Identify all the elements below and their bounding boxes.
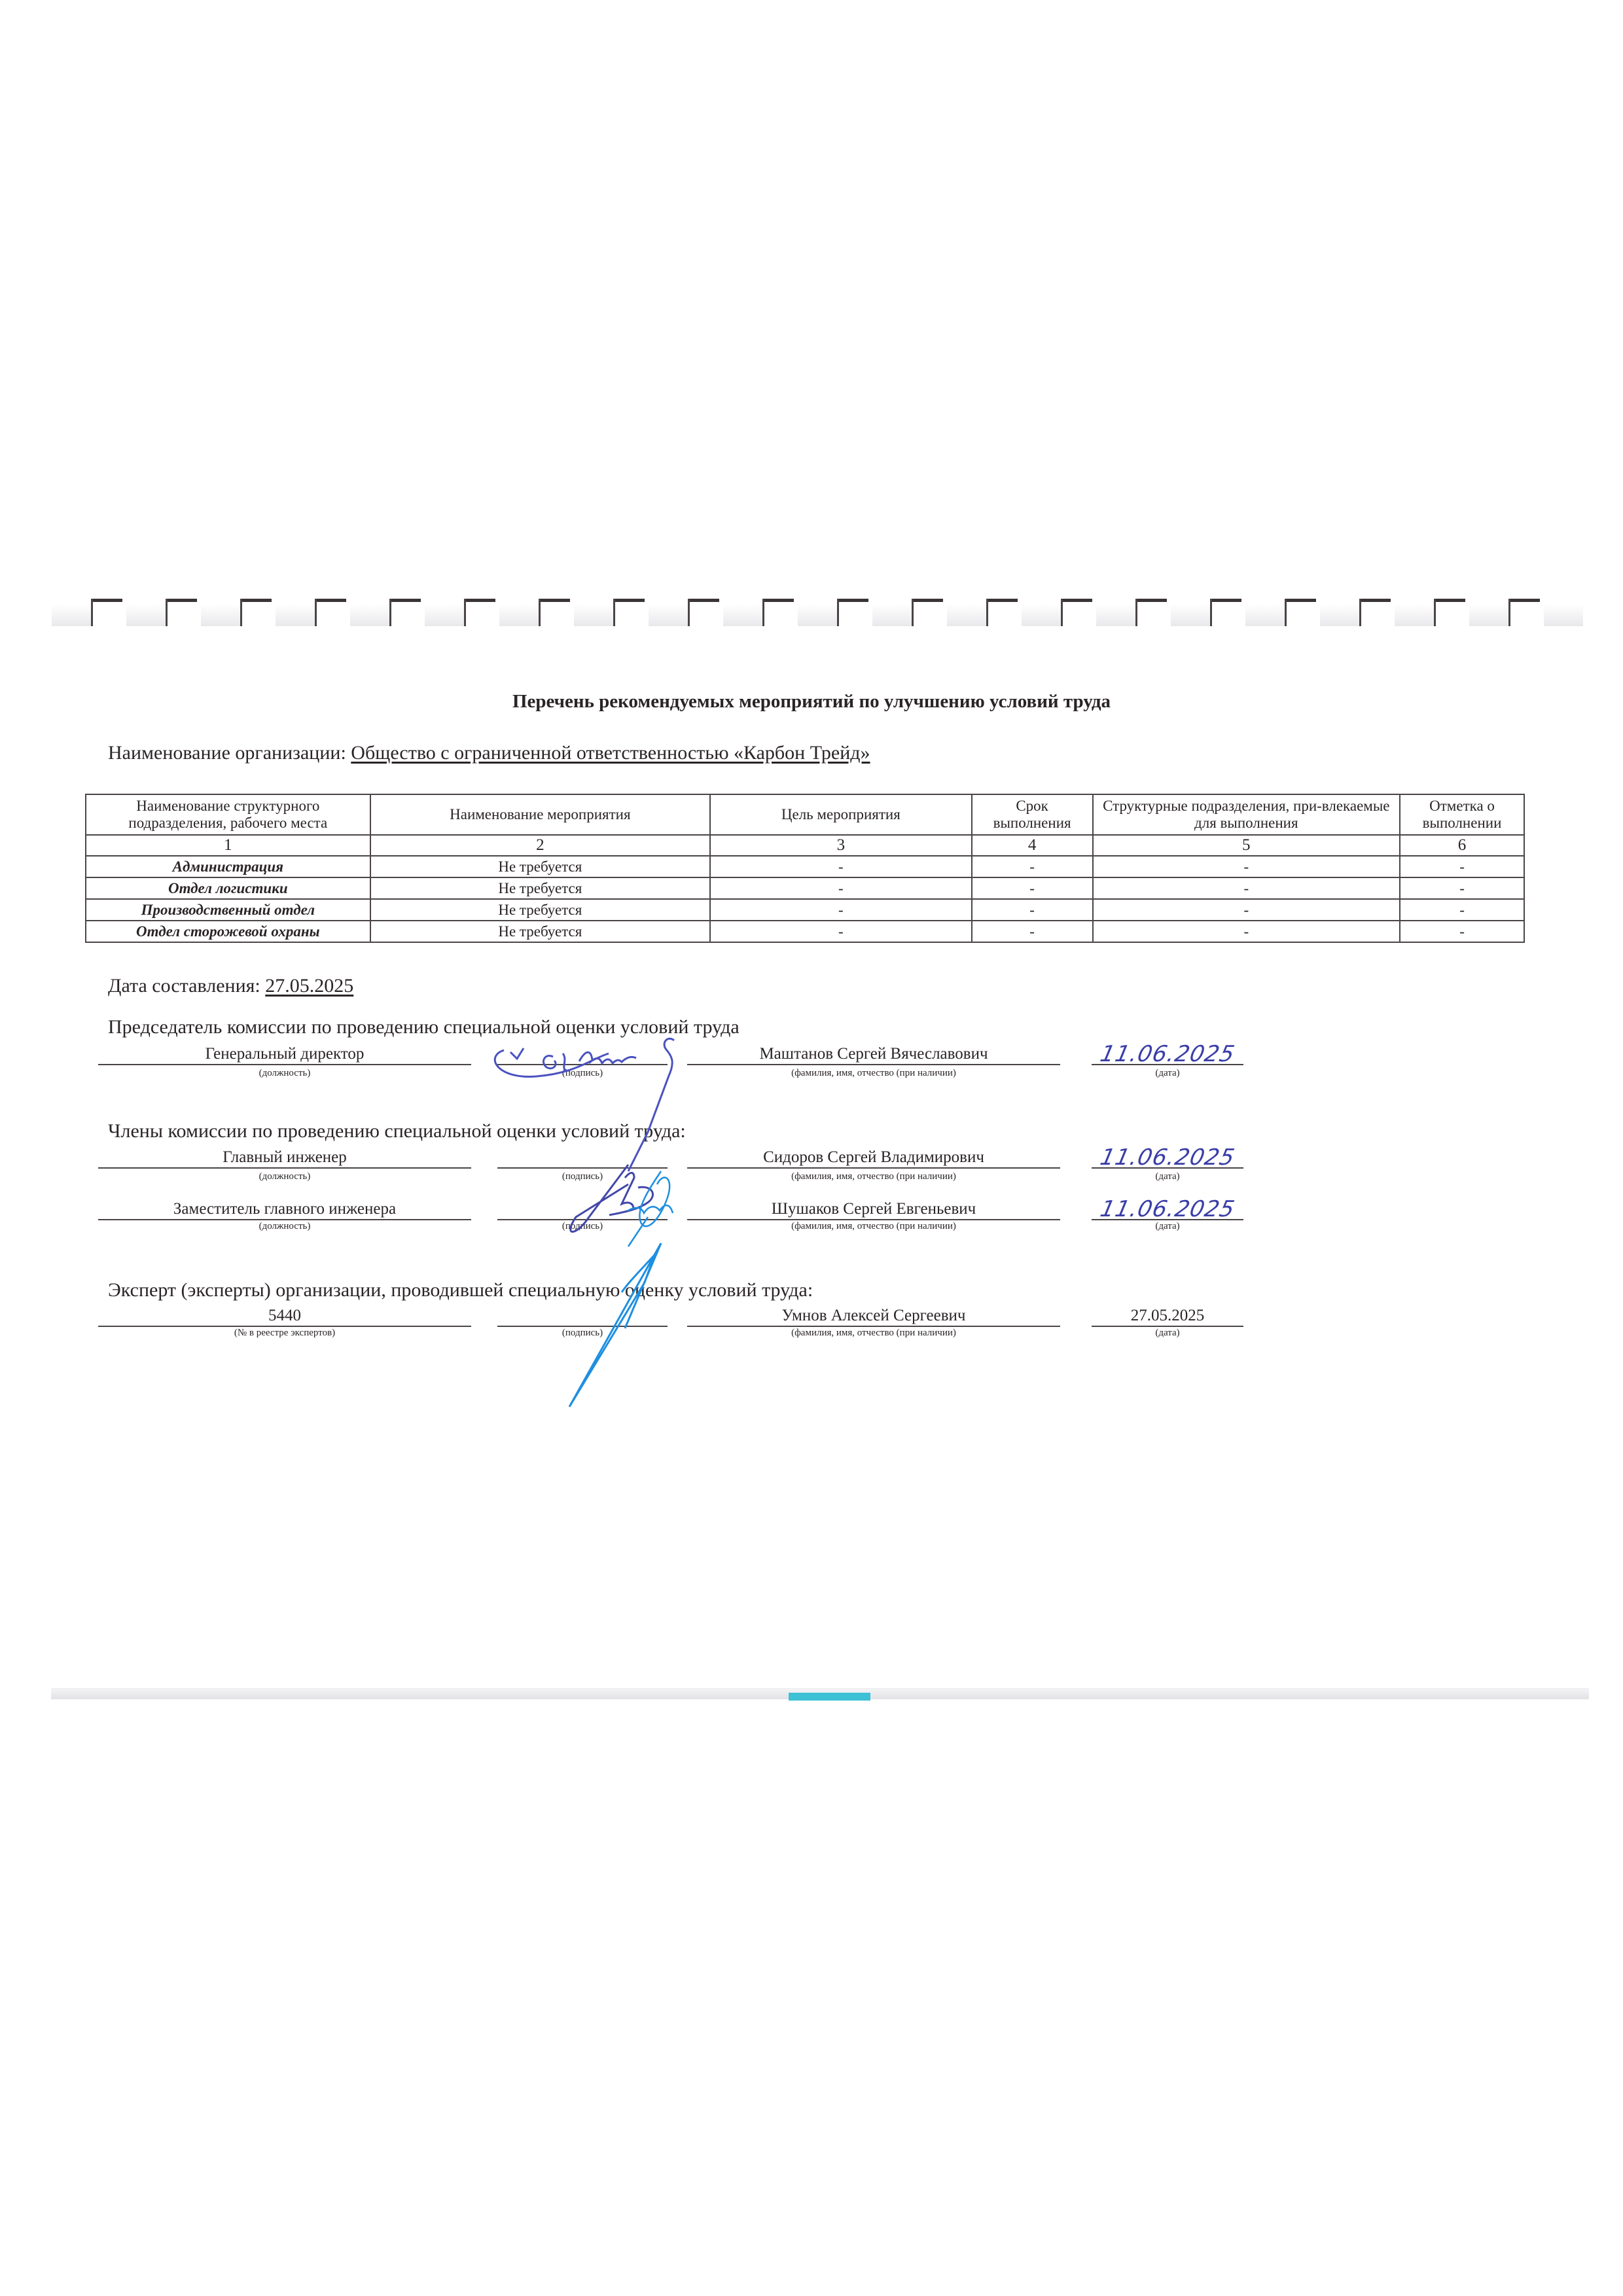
comb-tooth xyxy=(166,599,197,626)
member-signature-row: Главный инженер (должность) (подпись) Си… xyxy=(98,1148,1250,1187)
comb-gap xyxy=(1245,604,1285,626)
name-value: Умнов Алексей Сергеевич xyxy=(687,1306,1060,1326)
name-field: Сидоров Сергей Владимирович (фамилия, им… xyxy=(687,1148,1060,1182)
registry-number: 5440 xyxy=(98,1306,471,1326)
column-number-row: 1 2 3 4 5 6 xyxy=(86,835,1524,856)
name-field: Маштанов Сергей Вячеславович (фамилия, и… xyxy=(687,1044,1060,1079)
col-header-goal: Цель мероприятия xyxy=(710,794,972,835)
unit-cell: Отдел сторожевой охраны xyxy=(86,921,370,942)
deadline-cell: - xyxy=(972,856,1093,877)
document-title: Перечень рекомендуемых мероприятий по ул… xyxy=(0,691,1623,713)
comb-gap xyxy=(723,604,762,626)
signature-field: (подпись) xyxy=(497,1148,668,1182)
name-caption: (фамилия, имя, отчество (при наличии) xyxy=(687,1067,1060,1079)
col-header-unit: Наименование структурного подразделения,… xyxy=(86,794,370,835)
comb-gap xyxy=(872,604,912,626)
binding-comb xyxy=(49,599,1587,635)
comb-tooth xyxy=(912,599,943,626)
involved-cell: - xyxy=(1093,877,1400,899)
organization-line: Наименование организации: Общество с огр… xyxy=(108,742,883,764)
col-number: 6 xyxy=(1400,835,1524,856)
position-caption: (должность) xyxy=(98,1171,471,1182)
compiled-date-line: Дата составления: 27.05.2025 xyxy=(108,975,359,997)
comb-gap xyxy=(649,604,688,626)
col-header-measure: Наименование мероприятия xyxy=(370,794,710,835)
comb-gap xyxy=(499,604,539,626)
name-caption: (фамилия, имя, отчество (при наличии) xyxy=(687,1327,1060,1339)
comb-tooth xyxy=(240,599,272,626)
compiled-date-label: Дата составления: xyxy=(108,975,260,997)
comb-gap xyxy=(350,604,389,626)
signature-field: (подпись) xyxy=(497,1199,668,1232)
handwritten-date: 11.06.2025 xyxy=(1090,1044,1245,1064)
signature-caption: (подпись) xyxy=(497,1171,668,1182)
organization-value: Общество с ограниченной ответственностью… xyxy=(351,742,883,764)
position-field: Заместитель главного инженера (должность… xyxy=(98,1199,471,1232)
date-caption: (дата) xyxy=(1092,1327,1243,1339)
date-caption: (дата) xyxy=(1092,1067,1243,1079)
comb-tooth xyxy=(1210,599,1241,626)
chairman-heading: Председатель комиссии по проведению спец… xyxy=(108,1016,740,1038)
name-caption: (фамилия, имя, отчество (при наличии) xyxy=(687,1220,1060,1232)
date-caption: (дата) xyxy=(1092,1171,1243,1182)
comb-tooth xyxy=(837,599,868,626)
table-row: Производственный отдел Не требуется - - … xyxy=(86,899,1524,921)
position-field: Генеральный директор (должность) xyxy=(98,1044,471,1079)
comb-tooth xyxy=(688,599,719,626)
comb-gap xyxy=(1320,604,1359,626)
goal-cell: - xyxy=(710,856,972,877)
col-number: 2 xyxy=(370,835,710,856)
date-field: 27.05.2025 (дата) xyxy=(1092,1306,1243,1339)
position-caption: (должность) xyxy=(98,1067,471,1079)
involved-cell: - xyxy=(1093,899,1400,921)
name-value: Маштанов Сергей Вячеславович xyxy=(687,1044,1060,1064)
measure-cell: Не требуется xyxy=(370,856,710,877)
comb-tooth xyxy=(315,599,346,626)
expert-heading: Эксперт (эксперты) организации, проводив… xyxy=(108,1279,813,1301)
date-field: 11.06.2025 (дата) xyxy=(1092,1044,1243,1079)
mark-cell: - xyxy=(1400,856,1524,877)
comb-gap xyxy=(574,604,613,626)
handwritten-date: 11.06.2025 xyxy=(1090,1199,1245,1219)
mark-cell: - xyxy=(1400,877,1524,899)
date-field: 11.06.2025 (дата) xyxy=(1092,1199,1243,1232)
position-value: Главный инженер xyxy=(98,1148,471,1167)
name-caption: (фамилия, имя, отчество (при наличии) xyxy=(687,1171,1060,1182)
comb-tooth xyxy=(1508,599,1540,626)
involved-cell: - xyxy=(1093,856,1400,877)
comb-tooth xyxy=(1285,599,1316,626)
comb-tooth xyxy=(762,599,794,626)
involved-cell: - xyxy=(1093,921,1400,942)
mark-cell: - xyxy=(1400,921,1524,942)
registry-field: 5440 (№ в реестре экспертов) xyxy=(98,1306,471,1339)
comb-gap xyxy=(1395,604,1434,626)
col-number: 1 xyxy=(86,835,370,856)
deadline-cell: - xyxy=(972,899,1093,921)
col-number: 4 xyxy=(972,835,1093,856)
deadline-cell: - xyxy=(972,877,1093,899)
comb-tooth xyxy=(1434,599,1465,626)
unit-cell: Отдел логистики xyxy=(86,877,370,899)
measure-cell: Не требуется xyxy=(370,921,710,942)
comb-tooth xyxy=(389,599,421,626)
comb-gap xyxy=(276,604,315,626)
table-header-row: Наименование структурного подразделения,… xyxy=(86,794,1524,835)
comb-gap xyxy=(1171,604,1210,626)
table-row: Отдел логистики Не требуется - - - - xyxy=(86,877,1524,899)
col-header-mark: Отметка о выполнении xyxy=(1400,794,1524,835)
unit-cell: Администрация xyxy=(86,856,370,877)
comb-gap xyxy=(52,604,91,626)
col-number: 5 xyxy=(1093,835,1400,856)
position-caption: (должность) xyxy=(98,1220,471,1232)
comb-gap xyxy=(1469,604,1508,626)
position-value: Заместитель главного инженера xyxy=(98,1199,471,1219)
comb-gap xyxy=(798,604,837,626)
deadline-cell: - xyxy=(972,921,1093,942)
col-header-involved: Структурные подразделения, при-влекаемые… xyxy=(1093,794,1400,835)
signature-caption: (подпись) xyxy=(497,1327,668,1339)
signature-field: (подпись) xyxy=(497,1044,668,1079)
registry-caption: (№ в реестре экспертов) xyxy=(98,1327,471,1339)
member-signature-row: Заместитель главного инженера (должность… xyxy=(98,1199,1250,1239)
table-row: Администрация Не требуется - - - - xyxy=(86,856,1524,877)
comb-gap xyxy=(947,604,986,626)
goal-cell: - xyxy=(710,899,972,921)
comb-tooth xyxy=(1061,599,1092,626)
compiled-date-value: 27.05.2025 xyxy=(265,975,359,997)
expert-signature-row: 5440 (№ в реестре экспертов) (подпись) У… xyxy=(98,1306,1250,1345)
comb-gap xyxy=(1544,604,1583,626)
comb-gap xyxy=(201,604,240,626)
col-number: 3 xyxy=(710,835,972,856)
comb-tooth xyxy=(986,599,1018,626)
organization-label: Наименование организации: xyxy=(108,742,346,764)
comb-tooth xyxy=(539,599,570,626)
name-value: Сидоров Сергей Владимирович xyxy=(687,1148,1060,1167)
signature-caption: (подпись) xyxy=(497,1067,668,1079)
comb-tooth xyxy=(1135,599,1167,626)
members-heading: Члены комиссии по проведению специальной… xyxy=(108,1120,686,1142)
chairman-signature-row: Генеральный директор (должность) (подпис… xyxy=(98,1044,1250,1084)
goal-cell: - xyxy=(710,921,972,942)
date-field: 11.06.2025 (дата) xyxy=(1092,1148,1243,1182)
comb-gap xyxy=(1096,604,1135,626)
signature-caption: (подпись) xyxy=(497,1220,668,1232)
name-field: Умнов Алексей Сергеевич (фамилия, имя, о… xyxy=(687,1306,1060,1339)
handwritten-date: 11.06.2025 xyxy=(1090,1148,1245,1167)
measure-cell: Не требуется xyxy=(370,899,710,921)
binding-tab xyxy=(789,1693,870,1701)
position-field: Главный инженер (должность) xyxy=(98,1148,471,1182)
comb-tooth xyxy=(464,599,495,626)
table-row: Отдел сторожевой охраны Не требуется - -… xyxy=(86,921,1524,942)
col-header-deadline: Срок выполнения xyxy=(972,794,1093,835)
goal-cell: - xyxy=(710,877,972,899)
comb-gap xyxy=(1022,604,1061,626)
comb-tooth xyxy=(613,599,645,626)
name-value: Шушаков Сергей Евгеньевич xyxy=(687,1199,1060,1219)
signature-field: (подпись) xyxy=(497,1306,668,1339)
unit-cell: Производственный отдел xyxy=(86,899,370,921)
comb-gap xyxy=(126,604,166,626)
comb-gap xyxy=(425,604,464,626)
position-value: Генеральный директор xyxy=(98,1044,471,1064)
comb-tooth xyxy=(1359,599,1391,626)
mark-cell: - xyxy=(1400,899,1524,921)
name-field: Шушаков Сергей Евгеньевич (фамилия, имя,… xyxy=(687,1199,1060,1232)
measure-cell: Не требуется xyxy=(370,877,710,899)
measures-table: Наименование структурного подразделения,… xyxy=(85,794,1525,943)
comb-tooth xyxy=(91,599,122,626)
date-value: 27.05.2025 xyxy=(1092,1306,1243,1326)
